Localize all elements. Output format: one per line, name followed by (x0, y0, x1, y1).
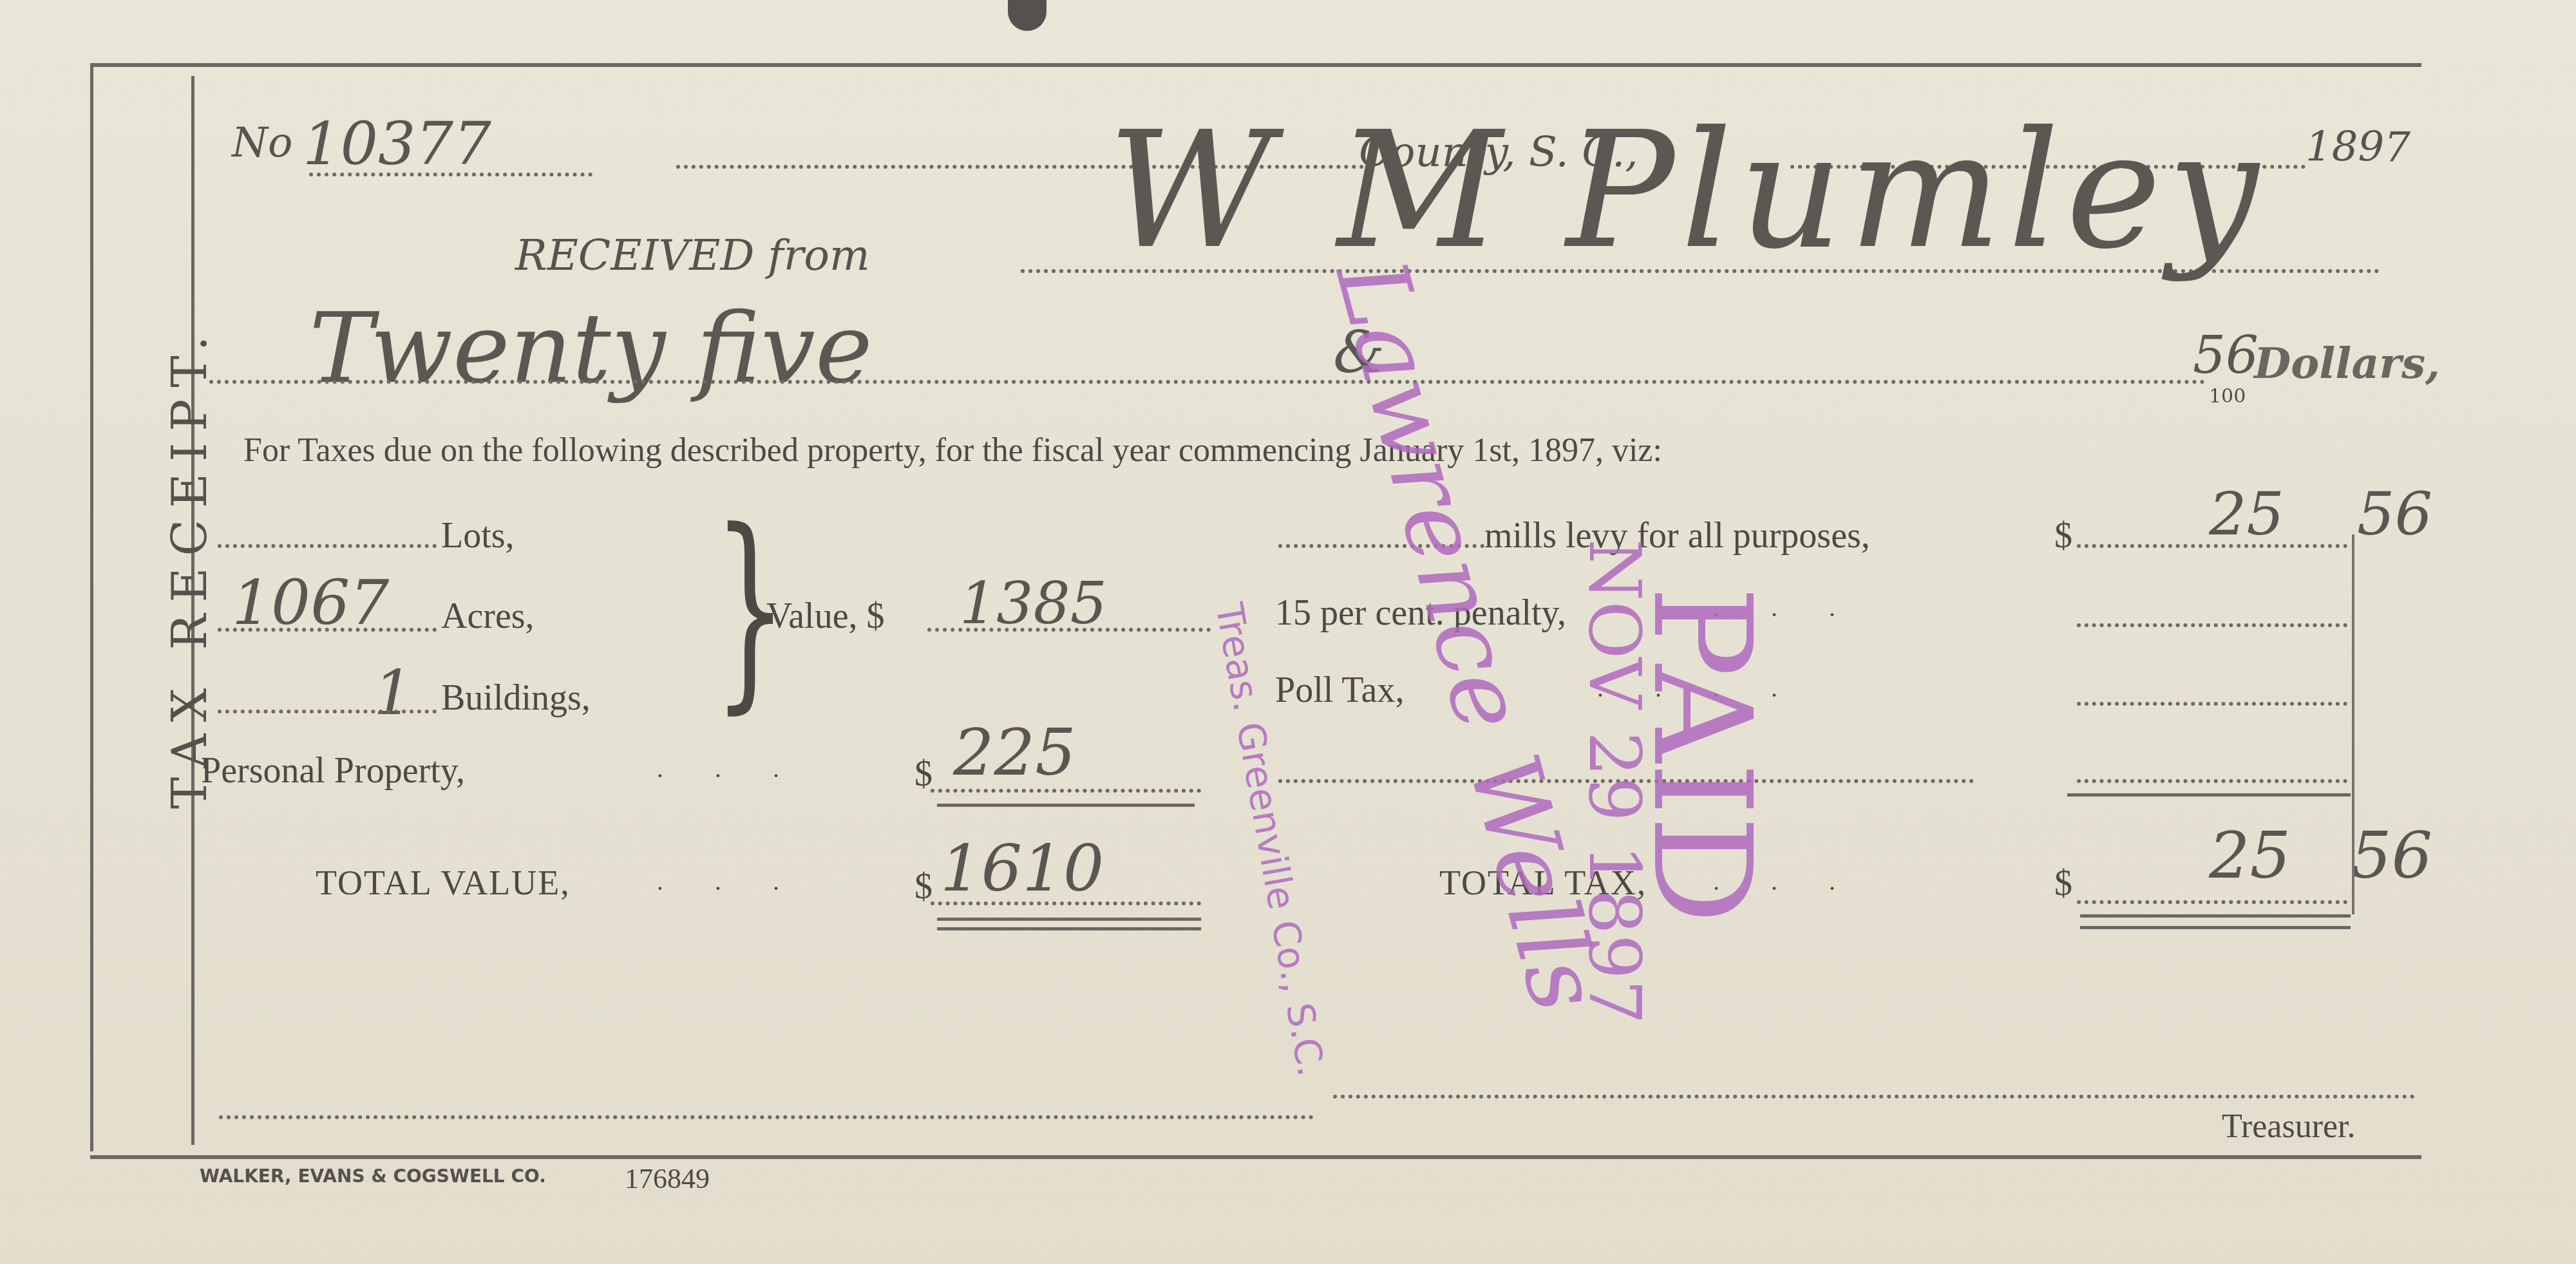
personal-dollar: $ (914, 753, 933, 795)
amount-line (209, 380, 2206, 384)
total-tax-amount-line (2077, 900, 2347, 904)
buildings-label: Buildings, (441, 677, 591, 719)
penalty-amount-line (2077, 623, 2347, 627)
number-line (309, 173, 592, 176)
personal-amount: 225 (953, 715, 1076, 790)
year: 1897 (2306, 124, 2410, 171)
side-title: TAX RECEIPT. (151, 245, 229, 889)
cents-value: 56 (2193, 325, 2259, 385)
personal-underline (937, 804, 1195, 807)
poll-tax-amount-line (2077, 702, 2347, 706)
buildings-value: 1 (374, 657, 413, 729)
form-number: 176849 (625, 1162, 710, 1195)
mills-cents: 56 (2357, 480, 2432, 549)
receipt-number: 10377 (303, 109, 491, 178)
cents-column-divider (2352, 534, 2354, 914)
total-tax-underline-2 (2080, 926, 2351, 929)
mills-dollars: 25 (2209, 480, 2284, 549)
value-label: Value, $ (766, 596, 885, 637)
personal-property-label: Personal Property, (201, 750, 465, 791)
frame-left-border (90, 63, 93, 1151)
total-value-line (931, 901, 1201, 905)
total-tax-dollar: $ (2054, 863, 2072, 904)
lots-line (218, 544, 437, 548)
subtotal-rule (2067, 793, 2351, 797)
amount-words: Twenty five (309, 293, 873, 405)
cents-denominator: 100 (2209, 385, 2246, 408)
poll-tax-label: Poll Tax, (1275, 670, 1404, 711)
subtotal-amount-line (2077, 779, 2347, 783)
total-value-underline-2 (937, 927, 1201, 930)
mills-dollar: $ (2054, 515, 2072, 556)
total-tax-cents: 56 (2351, 818, 2432, 893)
mills-label: mills levy for all purposes, (1484, 515, 1870, 556)
footer-dotted-line (219, 1115, 1314, 1119)
total-value-underline-1 (937, 918, 1201, 921)
value-line (927, 628, 1211, 632)
number-label: No (232, 119, 293, 167)
total-tax-underline-1 (2080, 914, 2351, 918)
dollars-label: Dollars, (2254, 338, 2440, 388)
total-value-dollar: $ (914, 866, 933, 907)
printer-name: WALKER, EVANS & COGSWELL CO. (200, 1165, 546, 1187)
lots-label: Lots, (441, 515, 515, 556)
buildings-line (218, 710, 437, 713)
total-value-label: TOTAL VALUE, (316, 863, 571, 903)
acres-label: Acres, (441, 596, 535, 637)
total-tax-dollars: 25 (2209, 818, 2291, 893)
personal-line (931, 789, 1201, 793)
payer-name: W M Plumley (1108, 97, 2265, 284)
punch-hole (1008, 0, 1046, 31)
received-label: RECEIVED from (515, 231, 870, 280)
acres-line (218, 628, 437, 632)
treasurer-label: Treasurer. (2222, 1108, 2356, 1146)
total-value-amount: 1610 (940, 831, 1104, 906)
personal-leader: ... (657, 753, 831, 784)
signature-line (1333, 1095, 2415, 1099)
total-value-leader: ... (657, 866, 831, 896)
